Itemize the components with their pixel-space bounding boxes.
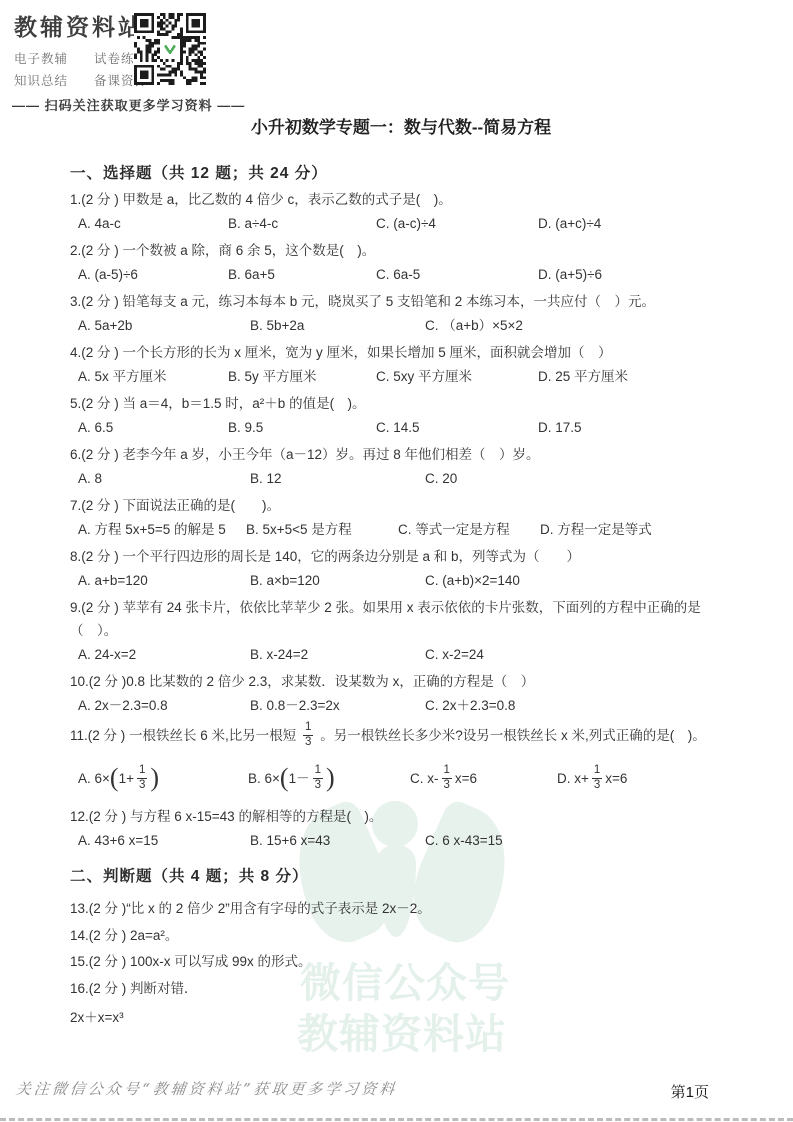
option-c: C. 5xy 平方厘米: [376, 365, 538, 388]
question-15-stem: 15.(2 分 ) 100x-x 可以写成 99x 的形式。: [70, 949, 732, 976]
option-d: D. 方程一定是等式: [540, 518, 732, 541]
question-9-stem: 9.(2 分 ) 苹苹有 24 张卡片，依依比苹苹少 2 张。如果用 x 表示依…: [70, 596, 732, 642]
option-c: C. 20: [425, 467, 732, 490]
question-14-stem: 14.(2 分 ) 2a=a²。: [70, 923, 732, 950]
option-c: C. 14.5: [376, 416, 538, 439]
fraction-one-third: 13: [592, 764, 602, 793]
option-d: D. x+13x=6: [557, 765, 732, 794]
question-11-options: A. 6×(1+13) B. 6×(1－13) C. x-13x=6 D. x+…: [70, 759, 732, 799]
question-7-options: A. 方程 5x+5=5 的解是 5 B. 5x+5<5 是方程 C. 等式一定…: [70, 518, 732, 541]
question-9: 9.(2 分 ) 苹苹有 24 张卡片，依依比苹苹少 2 张。如果用 x 表示依…: [70, 596, 732, 666]
question-12-stem: 12.(2 分 ) 与方程 6 x-15=43 的解相等的方程是( )。: [70, 805, 732, 828]
question-2-options: A. (a-5)÷6 B. 6a+5 C. 6a-5 D. (a+5)÷6: [70, 263, 732, 286]
stem-text-pre: 11.(2 分 ) 一根铁丝长 6 米,比另一根短: [70, 728, 296, 743]
document-content: 小升初数学专题一：数与代数--简易方程 一、选择题（共 12 题；共 24 分）…: [70, 116, 732, 1043]
question-4-options: A. 5x 平方厘米 B. 5y 平方厘米 C. 5xy 平方厘米 D. 25 …: [70, 365, 732, 388]
option-b: B. 6×(1－13): [248, 765, 410, 794]
option-a: A. 43+6 x=15: [78, 829, 250, 852]
question-3-stem: 3.(2 分 ) 铅笔每支 a 元，练习本每本 b 元，晓岚买了 5 支铅笔和 …: [70, 290, 732, 313]
question-5-options: A. 6.5 B. 9.5 C. 14.5 D. 17.5: [70, 416, 732, 439]
option-a: A. 6×(1+13): [78, 765, 248, 794]
page-number: 第1页: [671, 1081, 709, 1102]
question-1-options: A. 4a-c B. a÷4-c C. (a-c)÷4 D. (a+c)÷4: [70, 212, 732, 235]
question-6: 6.(2 分 ) 老李今年 a 岁，小王今年（a－12）岁。再过 8 年他们相差…: [70, 443, 732, 490]
option-b: B. a÷4-c: [228, 212, 376, 235]
option-a: A. 2x－2.3=0.8: [78, 694, 250, 717]
fraction-one-third: 13: [303, 721, 313, 750]
tagline-summary: 知识总结: [14, 71, 76, 89]
option-a: A. 8: [78, 467, 250, 490]
option-c: C. 6a-5: [376, 263, 538, 286]
question-6-stem: 6.(2 分 ) 老李今年 a 岁，小王今年（a－12）岁。再过 8 年他们相差…: [70, 443, 732, 466]
option-c: C. 等式一定是方程: [398, 518, 540, 541]
scan-edge-artifact: [0, 1118, 793, 1121]
question-5: 5.(2 分 ) 当 a＝4，b＝1.5 时，a²＋b 的值是( )。 A. 6…: [70, 392, 732, 439]
question-1: 1.(2 分 ) 甲数是 a，比乙数的 4 倍少 c，表示乙数的式子是( )。 …: [70, 188, 732, 235]
option-c: C. 6 x-43=15: [425, 829, 732, 852]
option-b: B. 15+6 x=43: [250, 829, 425, 852]
question-4: 4.(2 分 ) 一个长方形的长为 x 厘米，宽为 y 厘米，如果长增加 5 厘…: [70, 341, 732, 388]
question-5-stem: 5.(2 分 ) 当 a＝4，b＝1.5 时，a²＋b 的值是( )。: [70, 392, 732, 415]
option-b: B. 0.8－2.3=2x: [250, 694, 425, 717]
footer-handwritten-note: 关注微信公众号“教辅资料站”获取更多学习资料: [15, 1078, 447, 1099]
option-c: C. 2x＋2.3=0.8: [425, 694, 732, 717]
question-8-stem: 8.(2 分 ) 一个平行四边形的周长是 140，它的两条边分别是 a 和 b，…: [70, 545, 732, 568]
page-title: 小升初数学专题一：数与代数--简易方程: [70, 116, 732, 140]
option-b: B. 6a+5: [228, 263, 376, 286]
option-a: A. 24-x=2: [78, 643, 250, 666]
option-c: C. （a+b）×5×2: [425, 314, 732, 337]
section-2-heading: 二、判断题（共 4 题；共 8 分）: [70, 866, 732, 887]
option-d: D. (a+c)÷4: [538, 212, 732, 235]
option-b: B. 12: [250, 467, 425, 490]
option-a: A. 5a+2b: [78, 314, 250, 337]
qr-code-svg: [134, 13, 206, 85]
option-b: B. 9.5: [228, 416, 376, 439]
option-a: A. (a-5)÷6: [78, 263, 228, 286]
question-9-options: A. 24-x=2 B. x-24=2 C. x-2=24: [70, 643, 732, 666]
question-10-stem: 10.(2 分 )0.8 比某数的 2 倍少 2.3，求某数．设某数为 x，正确…: [70, 670, 732, 693]
question-13-stem: 13.(2 分 )“比 x 的 2 倍少 2”用含有字母的式子表示是 2x－2。: [70, 896, 732, 923]
fraction-one-third: 13: [442, 764, 452, 793]
question-7: 7.(2 分 ) 下面说法正确的是( )。 A. 方程 5x+5=5 的解是 5…: [70, 494, 732, 541]
question-4-stem: 4.(2 分 ) 一个长方形的长为 x 厘米，宽为 y 厘米，如果长增加 5 厘…: [70, 341, 732, 364]
question-12: 12.(2 分 ) 与方程 6 x-15=43 的解相等的方程是( )。 A. …: [70, 805, 732, 852]
option-a: A. 5x 平方厘米: [78, 365, 228, 388]
section-1-heading: 一、选择题（共 12 题；共 24 分）: [70, 163, 732, 184]
stem-text-post: 。另一根铁丝长多少米?设另一根铁丝长 x 米,列式正确的是( )。: [320, 728, 706, 743]
question-16-stem: 16.(2 分 ) 判断对错．: [70, 976, 732, 1003]
question-3: 3.(2 分 ) 铅笔每支 a 元，练习本每本 b 元，晓岚买了 5 支铅笔和 …: [70, 290, 732, 337]
option-d: D. (a+5)÷6: [538, 263, 732, 286]
question-16-formula: 2x＋x=x³: [70, 1006, 732, 1029]
judgment-questions: 13.(2 分 )“比 x 的 2 倍少 2”用含有字母的式子表示是 2x－2。…: [70, 896, 732, 1002]
option-c: C. x-13x=6: [410, 765, 557, 794]
option-c: C. x-2=24: [425, 643, 732, 666]
qr-banner-text: —— 扫码关注获取更多学习资料 ——: [12, 95, 432, 114]
question-3-options: A. 5a+2b B. 5b+2a C. （a+b）×5×2: [70, 314, 732, 337]
option-c: C. (a-c)÷4: [376, 212, 538, 235]
option-a: A. 4a-c: [78, 212, 228, 235]
tagline-ebooks: 电子教辅: [14, 49, 76, 67]
question-7-stem: 7.(2 分 ) 下面说法正确的是( )。: [70, 494, 732, 517]
question-1-stem: 1.(2 分 ) 甲数是 a，比乙数的 4 倍少 c，表示乙数的式子是( )。: [70, 188, 732, 211]
question-10: 10.(2 分 )0.8 比某数的 2 倍少 2.3，求某数．设某数为 x，正确…: [70, 670, 732, 717]
option-d: D. 17.5: [538, 416, 732, 439]
option-b: B. 5b+2a: [250, 314, 425, 337]
qr-code-icon: [134, 13, 206, 85]
question-2-stem: 2.(2 分 ) 一个数被 a 除，商 6 余 5，这个数是( )。: [70, 239, 732, 262]
question-11: 11.(2 分 ) 一根铁丝长 6 米,比另一根短 13 。另一根铁丝长多少米?…: [70, 721, 732, 799]
fraction-one-third: 13: [313, 764, 323, 793]
question-2: 2.(2 分 ) 一个数被 a 除，商 6 余 5，这个数是( )。 A. (a…: [70, 239, 732, 286]
option-b: B. 5x+5<5 是方程: [246, 518, 398, 541]
question-8: 8.(2 分 ) 一个平行四边形的周长是 140，它的两条边分别是 a 和 b，…: [70, 545, 732, 592]
option-a: A. 方程 5x+5=5 的解是 5: [78, 518, 246, 541]
option-c: C. (a+b)×2=140: [425, 569, 732, 592]
question-12-options: A. 43+6 x=15 B. 15+6 x=43 C. 6 x-43=15: [70, 829, 732, 852]
worksheet-page: 微信公众号 教辅资料站 教辅资料站 电子教辅 试卷练习 知识总结 备课资源 ——…: [0, 0, 793, 1122]
question-10-options: A. 2x－2.3=0.8 B. 0.8－2.3=2x C. 2x＋2.3=0.…: [70, 694, 732, 717]
option-b: B. a×b=120: [250, 569, 425, 592]
option-b: B. x-24=2: [250, 643, 425, 666]
option-a: A. a+b=120: [78, 569, 250, 592]
option-d: D. 25 平方厘米: [538, 365, 732, 388]
option-b: B. 5y 平方厘米: [228, 365, 376, 388]
question-11-stem: 11.(2 分 ) 一根铁丝长 6 米,比另一根短 13 。另一根铁丝长多少米?…: [70, 721, 732, 751]
option-a: A. 6.5: [78, 416, 228, 439]
fraction-one-third: 13: [137, 764, 147, 793]
question-8-options: A. a+b=120 B. a×b=120 C. (a+b)×2=140: [70, 569, 732, 592]
question-6-options: A. 8 B. 12 C. 20: [70, 467, 732, 490]
